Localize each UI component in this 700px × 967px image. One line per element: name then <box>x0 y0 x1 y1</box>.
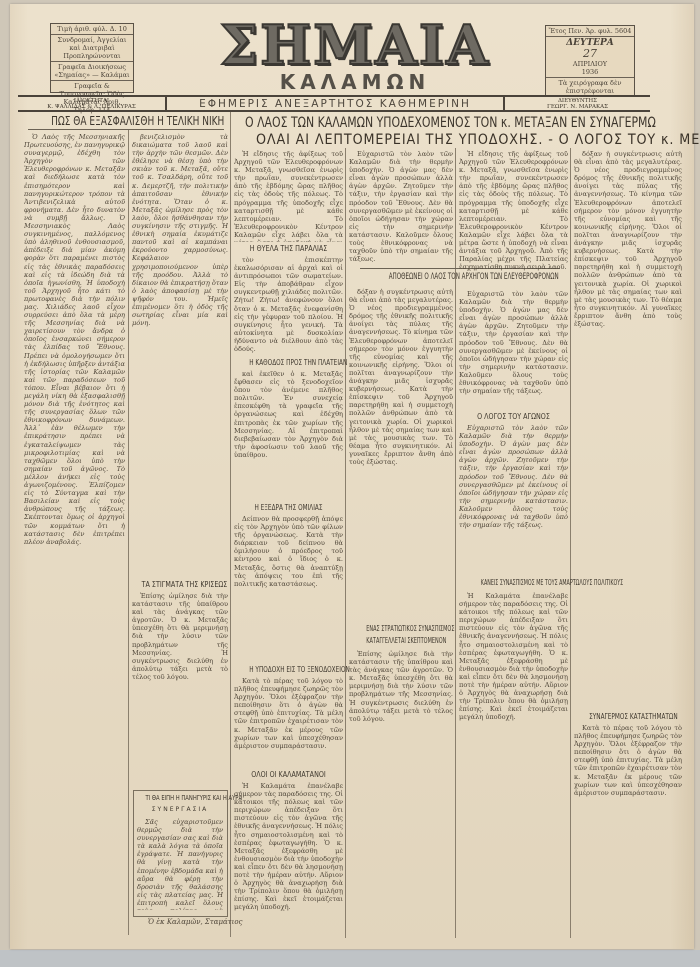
column-rule <box>570 148 571 938</box>
article-stigmata: Ἐπίσης ὡμίλησε διὰ τὴν κατάστασιν τῆς ὑπ… <box>132 592 228 787</box>
subscriptions-note: Συνδρομαί, Ἀγγελίαι καὶ Διατριβαὶ Προπλη… <box>51 35 133 62</box>
subhead-exedra: Η ΕΞΕΔΡΑ ΤΗΣ ΟΜΙΛΙΑΣ <box>249 503 327 512</box>
article-text: Κατὰ τὸ πέρας τοῦ λόγου τὸ πλῆθος ἐπευφή… <box>234 677 343 750</box>
article-text: Ἡ Καλαμάτα ἐπανέλαβε σήμερον τὰς παραδόσ… <box>234 782 343 912</box>
subhead-ta-stigmata: ΤΑ ΣΤΙΓΜΑΤΑ ΤΗΣ ΚΡΙΣΕΩΣ <box>142 580 219 589</box>
newspaper-subtitle: ΚΑΛΑΜΩΝ <box>270 70 440 94</box>
article-text: Ἡ εἴδησις τῆς ἀφίξεως τοῦ Ἀρχηγοῦ τῶν Ἐλ… <box>234 150 343 242</box>
article-text: τὸν ἐπισκέπτην ἐκαλωσόρισαν αἱ ἀρχαὶ καὶ… <box>234 256 343 353</box>
article-text: Εὐχαριστῶ τὸν λαὸν τῶν Καλαμῶν διὰ τὴν θ… <box>349 150 453 262</box>
month: ΑΠΡΙΛΙΟΥ <box>548 60 632 68</box>
main-col3-agon: Εὐχαριστῶ τὸν λαὸν τῶν Καλαμῶν διὰ τὴν θ… <box>459 424 568 574</box>
main-col3-upper: Εὐχαριστῶ τὸν λαὸν τῶν Καλαμῶν διὰ τὴν θ… <box>459 290 568 408</box>
article-text: δόξαν ἡ συγκέντρωσις αὐτὴ θὰ εἶναι ἀπὸ τ… <box>574 150 682 328</box>
issue-number: Ἔτος Πεν. Ἀρ. φυλ. 5604 <box>546 26 634 37</box>
subhead-stratiotikos-1: ΕΝΑΣ ΣΤΡΑΤΙΩΤΙΚΟΣ ΣΥΝΑΣΠΙΣΜΟΣ <box>366 624 435 633</box>
main-col1-top: Ἡ εἴδησις τῆς ἀφίξεως τοῦ Ἀρχηγοῦ τῶν Ἐλ… <box>234 150 343 242</box>
price-line: Τιμὴ ἀριθ. φύλ. Δ. 10 <box>51 24 133 35</box>
subhead-synaspismos: ΚΑΝΕΙΣ ΣΥΝΑΣΠΙΣΜΟΣ ΜΕ ΤΟΥΣ ΑΜΑΡΤΩΛΟΥΣ ΠΟ… <box>481 578 546 587</box>
manuscripts-note: Τὰ χειρόγραφα δὲν ἐπιστρέφονται <box>546 78 634 96</box>
column-rule <box>128 130 129 935</box>
year: 1936 <box>548 68 632 76</box>
subhead-ypodoxi: Η ΥΠΟΔΟΧΗ ΕΙΣ ΤΟ ΞΕΝΟΔΟΧΕΙΟΝ <box>249 665 327 674</box>
article-left-col2: βενιζελισμὸν τὰ δικαιώματα τοῦ λαοῦ καὶ … <box>132 133 228 573</box>
headline-left: ΠΩΣ ΘΑ ΕΞΑΣΦΑΛΙΣΘΗ Η ΤΕΛΙΚΗ ΝΙΚΗ <box>51 113 201 128</box>
main-col3-bottom: Ἡ Καλαμάτα ἐπανέλαβε σήμερον τὰς παραδόσ… <box>459 592 568 932</box>
article-left-col1: Ὁ Λαὸς τῆς Μεσσηνιακῆς Πρωτευούσης, ἐν π… <box>24 133 125 933</box>
boxed-notice-subheading: ΣΥΝΕΡΓΑΣΙΑ <box>134 806 226 813</box>
main-col4: δόξαν ἡ συγκέντρωσις αὐτὴ θὰ εἶναι ἀπὸ τ… <box>574 150 682 710</box>
article-text: Ἐπίσης ὡμίλησε διὰ τὴν κατάστασιν τῆς ὑπ… <box>349 650 453 723</box>
headline-main-line2: ΟΛΑΙ ΑΙ ΛΕΠΤΟΜΕΡΕΙΑΙ ΤΗΣ ΥΠΟΔΟΧΗΣ. - Ο Λ… <box>256 132 666 148</box>
article-text: βενιζελισμὸν τὰ δικαιώματα τοῦ λαοῦ καὶ … <box>132 133 228 327</box>
subhead-stratiotikos-2: ΚΑΤΑΓΓΕΛΛΕΤΑΙ ΣΚΕΠΤΟΜΕΝΟΝ <box>366 636 435 645</box>
headline-main-line1: Ο ΛΑΟΣ ΤΩΝ ΚΑΛΑΜΩΝ ΥΠΟΔΕΧΟΜΕΝΟΣ ΤΟΝ κ. Μ… <box>245 115 635 131</box>
boxed-notice-heading: ΤΙ ΘΑ ΕΙΠΗ Η ΠΑΝΗΓΥΡΙΣ ΚΑΙ Η ΑΥΡΑ <box>146 794 215 802</box>
main-col1-end: Κατὰ τὸ πέρας τοῦ λόγου τὸ πλῆθος ἐπευφή… <box>234 677 343 767</box>
main-col2-mid: δόξαν ἡ συγκέντρωσις αὐτὴ θὰ εἶναι ἀπὸ τ… <box>349 288 453 618</box>
main-col2-top: Εὐχαριστῶ τὸν λαὸν τῶν Καλαμῶν διὰ τὴν θ… <box>349 150 453 262</box>
column-rule <box>455 148 456 938</box>
article-text: Ἡ Καλαμάτα ἐπανέλαβε σήμερον τὰς παραδόσ… <box>459 592 568 722</box>
owners-names: Κ. ΨΑΛΛΙΔΑΣ & Λ. ΠΕΛΙΚΥΡΑΣ <box>47 104 135 110</box>
column-rule <box>345 148 346 938</box>
issue-date: ΔΕΥΤΕΡΑ 27 ΑΠΡΙΛΙΟΥ 1936 <box>546 37 634 78</box>
article-text: Δείπνον θὰ προσφερθῇ ἀπόψε εἰς τὸν Ἀρχηγ… <box>234 515 343 588</box>
main-col1-bottom: Δείπνον θὰ προσφερθῇ ἀπόψε εἰς τὸν Ἀρχηγ… <box>234 515 343 663</box>
owners-cell: ΙΔΙΟΚΤΗΤΑΙ Κ. ΨΑΛΛΙΔΑΣ & Λ. ΠΕΛΙΚΥΡΑΣ <box>18 97 167 110</box>
main-col1-tail: Ἡ Καλαμάτα ἐπανέλαβε σήμερον τὰς παραδόσ… <box>234 782 343 932</box>
article-text: καὶ ἐκεῖθεν ὁ κ. Μεταξᾶς ἔφθασεν εἰς τὸ … <box>234 370 343 459</box>
scan-background-strip <box>0 950 700 967</box>
column-rule <box>230 112 231 937</box>
director-name: ΓΕΩΡΓ. Ν. ΜΑΡΑΚΑΣ <box>547 104 608 110</box>
article-text: Εὐχαριστῶ τὸν λαὸν τῶν Καλαμῶν διὰ τὴν θ… <box>459 424 568 529</box>
newspaper-title: ΣΗΜΑΙΑ <box>220 18 480 72</box>
main-col4-bottom: Κατὰ τὸ πέρας τοῦ λόγου τὸ πλῆθος ἐπευφή… <box>574 724 682 932</box>
article-text: Εὐχαριστῶ τὸν λαὸν τῶν Καλαμῶν διὰ τὴν θ… <box>459 290 568 395</box>
signature: Ὁ ἐκ Καλαμῶν, Σταμάτιος <box>148 918 242 926</box>
masthead-bar: ΙΔΙΟΚΤΗΤΑΙ Κ. ΨΑΛΛΙΔΑΣ & Λ. ΠΕΛΙΚΥΡΑΣ ΕΦ… <box>18 95 650 112</box>
main-col2-bottom: Ἐπίσης ὡμίλησε διὰ τὴν κατάστασιν τῆς ὑπ… <box>349 650 453 932</box>
boxed-notice-text: Σᾶς εὐχαριστοῦμεν θερμῶς διὰ τὴν συνεργα… <box>137 818 223 910</box>
article-text: Ἐπίσης ὡμίλησε διὰ τὴν κατάστασιν τῆς ὑπ… <box>132 592 228 681</box>
subhead-synagermos: ΣΥΝΑΓΕΡΜΟΣ ΚΑΤΑΣΤΗΜΑΤΩΝ <box>589 712 667 721</box>
subhead-antonios: ΟΛΟΙ ΟΙ ΚΑΛΑΜΑΤΑΝΟΙ <box>245 770 332 779</box>
headline-left-rule <box>28 129 224 130</box>
director-cell: ΔΙΕΥΘΥΝΤΗΣ ΓΕΩΡΓ. Ν. ΜΑΡΑΚΑΣ <box>505 97 650 110</box>
admin-offices: Γραφεῖα Διοικήσεως «Σημαίας» — Καλάμαι <box>51 62 133 81</box>
masthead-date-box: Ἔτος Πεν. Ἀρ. φυλ. 5604 ΔΕΥΤΕΡΑ 27 ΑΠΡΙΛ… <box>545 25 635 97</box>
main-col1-mid: τὸν ἐπισκέπτην ἐκαλωσόρισαν αἱ ἀρχαὶ καὶ… <box>234 256 343 356</box>
article-text: Ὁ Λαὸς τῆς Μεσσηνιακῆς Πρωτευούσης, ἐν π… <box>24 133 125 546</box>
article-text: δόξαν ἡ συγκέντρωσις αὐτὴ θὰ εἶναι ἀπὸ τ… <box>349 288 453 466</box>
article-text: Ἡ εἴδησις τῆς ἀφίξεως τοῦ Ἀρχηγοῦ τῶν Ἐλ… <box>459 150 568 271</box>
subhead-agon: Ο ΛΟΓΟΣ ΤΟΥ ΑΓΩΝΟΣ <box>470 412 557 421</box>
main-col3-top: Ἡ εἴδησις τῆς ἀφίξεως τοῦ Ἀρχηγοῦ τῶν Ἐλ… <box>459 150 568 286</box>
masthead-info-box-left: Τιμὴ ἀριθ. φύλ. Δ. 10 Συνδρομαί, Ἀγγελία… <box>50 23 134 93</box>
main-col1-lower: καὶ ἐκεῖθεν ὁ κ. Μεταξᾶς ἔφθασεν εἰς τὸ … <box>234 370 343 500</box>
article-text: Σᾶς εὐχαριστοῦμεν θερμῶς διὰ τὴν συνεργα… <box>137 818 223 910</box>
article-text: Κατὰ τὸ πέρας τοῦ λόγου τὸ πλῆθος ἐπευφή… <box>574 724 682 797</box>
subhead-kathodos: Η ΚΑΘΟΔΟΣ ΠΡΟΣ ΤΗΝ ΠΛΑΤΕΙΑΝ <box>249 358 327 367</box>
tagline: ΕΦΗΜΕΡΙΣ ΑΝΕΞΑΡΤΗΤΟΣ ΚΑΘΗΜΕΡΙΝΗ <box>167 97 505 110</box>
day: 27 <box>548 48 632 60</box>
subhead-paralia: Η ΘΥΕΛΑ ΤΗΣ ΠΑΡΑΛΙΑΣ <box>245 244 332 253</box>
